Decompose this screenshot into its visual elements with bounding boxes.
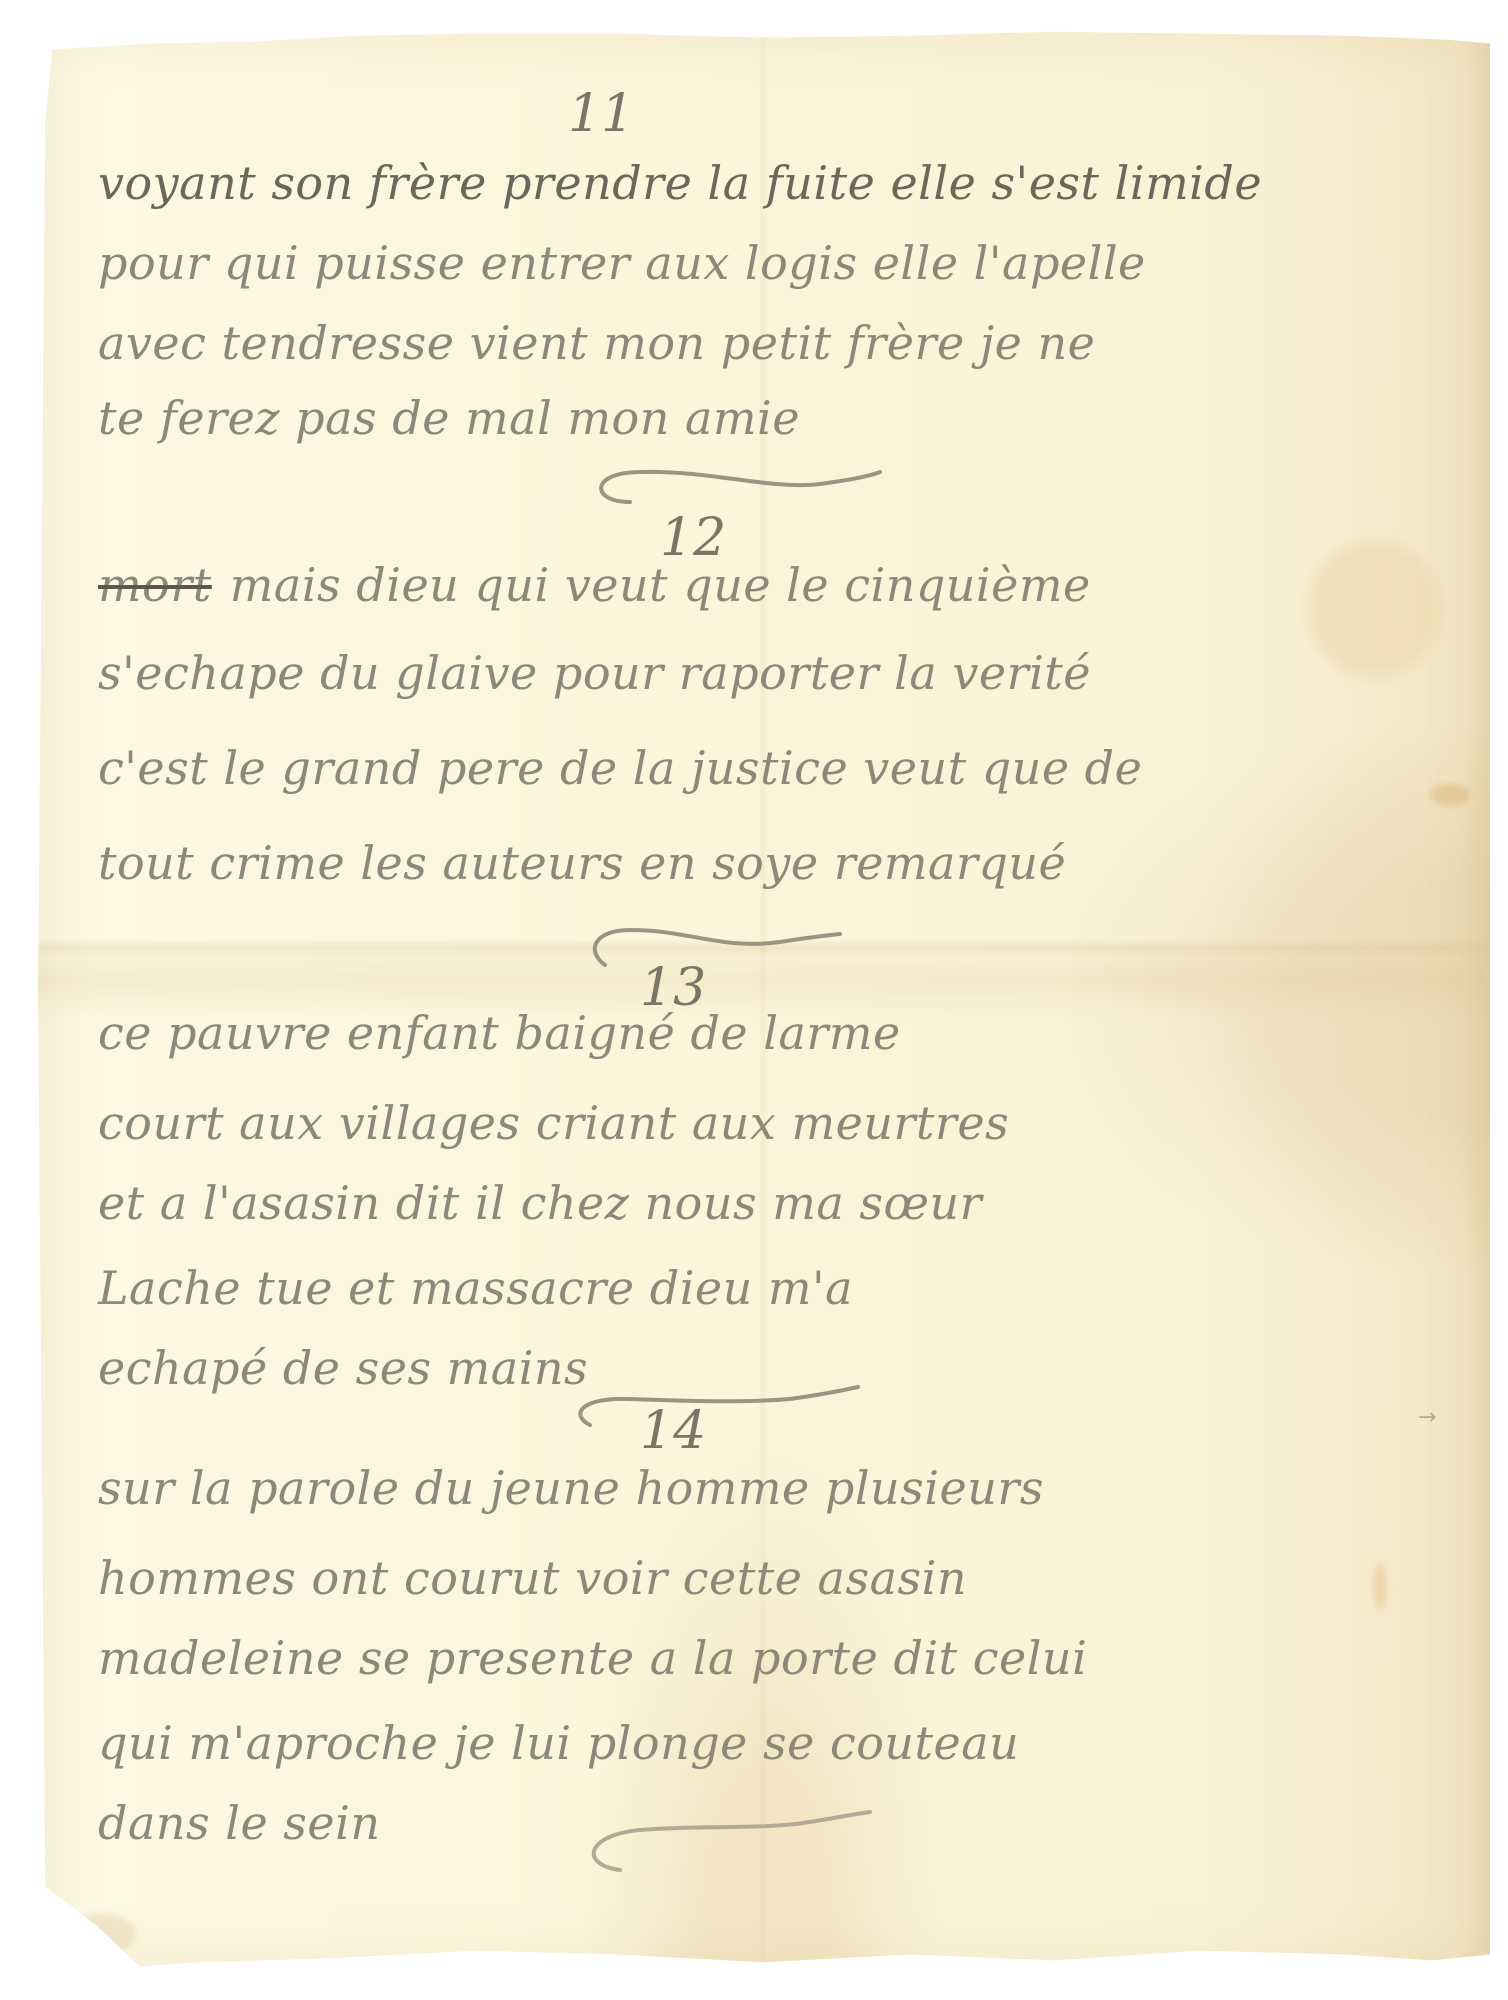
verse-line: madeleine se presente a la porte dit cel…	[98, 1635, 1087, 1681]
verse-line: et a l'asasin dit il chez nous ma sœur	[98, 1180, 982, 1226]
verse-line-text: mais dieu qui veut que le cinquième	[230, 558, 1091, 612]
flourish-divider	[560, 1810, 880, 1880]
verse-line: c'est le grand pere de la justice veut q…	[98, 745, 1142, 791]
verse-number: 12	[660, 512, 726, 564]
verse-line: pour qui puisse entrer aux logis elle l'…	[98, 240, 1146, 286]
verse-line: dans le sein	[98, 1800, 380, 1846]
verse-line: hommes ont courut voir cette asasin	[98, 1555, 967, 1601]
verse-line: court aux villages criant aux meurtres	[98, 1100, 1009, 1146]
verse-line: avec tendresse vient mon petit frère je …	[98, 320, 1095, 366]
verse-line: te ferez pas de mal mon amie	[98, 395, 800, 441]
verse-number: 14	[640, 1405, 706, 1457]
right-arrow-margin-mark: →	[1418, 1405, 1436, 1430]
verse-line: ce pauvre enfant baigné de larme	[98, 1010, 901, 1056]
verse-line: qui m'aproche je lui plonge se couteau	[98, 1720, 1019, 1766]
flourish-divider	[570, 462, 890, 522]
verse-line: voyant son frère prendre la fuite elle s…	[98, 160, 1262, 206]
verse-line: echapé de ses mains	[98, 1345, 588, 1391]
verse-number: 11	[568, 88, 634, 140]
verse-line: s'echape du glaive pour raporter la veri…	[98, 650, 1091, 696]
verse-line: tout crime les auteurs en soye remarqué	[98, 840, 1066, 886]
struck-out-word: mort	[98, 558, 212, 612]
verse-line: sur la parole du jeune homme plusieurs	[98, 1465, 1044, 1511]
verse-line: Lache tue et massacre dieu m'a	[98, 1265, 853, 1311]
verse-line: mortmais dieu qui veut que le cinquième	[98, 562, 1091, 608]
manuscript-text: 11 voyant son frère prendre la fuite ell…	[0, 0, 1508, 2000]
